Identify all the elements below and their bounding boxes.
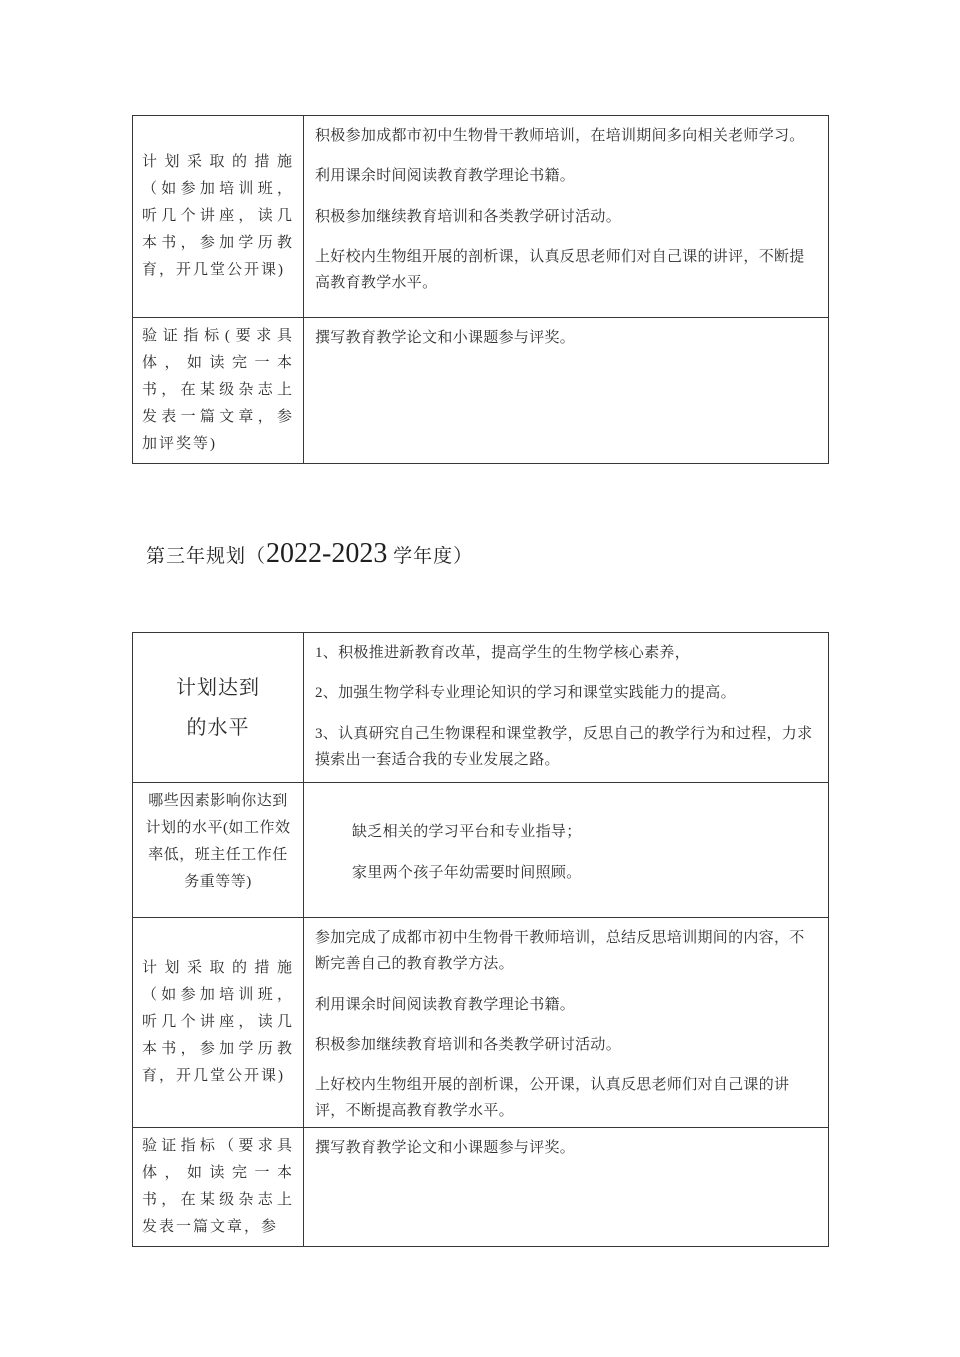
table-row-measures: 计划采取的措施（如参加培训班，听几个讲座，读几本书，参加学历教育，开几堂公开课)… bbox=[133, 116, 829, 318]
table-row-indicators: 验证指标(要求具体，如读完一本书，在某级杂志上发表一篇文章，参加评奖等) 撰写教… bbox=[133, 318, 829, 464]
table-row-indicators: 验证指标（要求具体，如读完一本书，在某级杂志上发表一篇文章，参 撰写教育教学论文… bbox=[133, 1127, 829, 1246]
section-heading: 第三年规划（2022-2023 学年度） bbox=[146, 538, 473, 570]
row-label-text: 计划采取的措施（如参加培训班，听几个讲座，读几本书，参加学历教育，开几堂公开课) bbox=[142, 149, 294, 284]
content-paragraph: 参加完成了成都市初中生物骨干教师培训，总结反思培训期间的内容，不断完善自己的教育… bbox=[315, 925, 816, 978]
heading-year: 2022-2023 bbox=[266, 538, 387, 569]
row-label-target-level: 计划达到 的水平 bbox=[133, 633, 304, 783]
content-paragraph: 1、积极推进新教育改革，提高学生的生物学核心素养， bbox=[315, 640, 816, 666]
row-content-indicators: 撰写教育教学论文和小课题参与评奖。 bbox=[304, 318, 829, 464]
content-paragraph: 积极参加继续教育培训和各类教学研讨活动。 bbox=[315, 1032, 816, 1058]
row-label-line1: 计划达到 bbox=[142, 668, 294, 708]
row-label-measures: 计划采取的措施（如参加培训班，听几个讲座，读几本书，参加学历教育，开几堂公开课) bbox=[133, 918, 304, 1128]
plan-table-year2: 计划采取的措施（如参加培训班，听几个讲座，读几本书，参加学历教育，开几堂公开课)… bbox=[132, 115, 829, 464]
table-row-target-level: 计划达到 的水平 1、积极推进新教育改革，提高学生的生物学核心素养， 2、加强生… bbox=[133, 633, 829, 783]
content-paragraph: 上好校内生物组开展的剖析课，公开课，认真反思老师们对自己课的讲评，不断提高教育教… bbox=[315, 1072, 816, 1125]
content-paragraph: 利用课余时间阅读教育教学理论书籍。 bbox=[315, 992, 816, 1018]
row-content-measures: 积极参加成都市初中生物骨干教师培训，在培训期间多向相关老师学习。 利用课余时间阅… bbox=[304, 116, 829, 318]
row-label-factors: 哪些因素影响你达到计划的水平(如工作效率低，班主任工作任务重等等) bbox=[133, 783, 304, 918]
row-content-target-level: 1、积极推进新教育改革，提高学生的生物学核心素养， 2、加强生物学科专业理论知识… bbox=[304, 633, 829, 783]
content-paragraph: 撰写教育教学论文和小课题参与评奖。 bbox=[315, 325, 816, 351]
row-label-indicators: 验证指标（要求具体，如读完一本书，在某级杂志上发表一篇文章，参 bbox=[133, 1127, 304, 1246]
row-label-measures: 计划采取的措施（如参加培训班，听几个讲座，读几本书，参加学历教育，开几堂公开课) bbox=[133, 116, 304, 318]
table-row-factors: 哪些因素影响你达到计划的水平(如工作效率低，班主任工作任务重等等) 缺乏相关的学… bbox=[133, 783, 829, 918]
row-label-text: 计划采取的措施（如参加培训班，听几个讲座，读几本书，参加学历教育，开几堂公开课) bbox=[142, 955, 294, 1090]
row-label-indicators: 验证指标(要求具体，如读完一本书，在某级杂志上发表一篇文章，参加评奖等) bbox=[133, 318, 304, 464]
content-paragraph: 缺乏相关的学习平台和专业指导； bbox=[352, 819, 816, 845]
content-paragraph: 积极参加继续教育培训和各类教学研讨活动。 bbox=[315, 204, 816, 230]
document-page: 计划采取的措施（如参加培训班，听几个讲座，读几本书，参加学历教育，开几堂公开课)… bbox=[0, 0, 960, 1357]
table-row-measures: 计划采取的措施（如参加培训班，听几个讲座，读几本书，参加学历教育，开几堂公开课)… bbox=[133, 918, 829, 1128]
content-paragraph: 2、加强生物学科专业理论知识的学习和课堂实践能力的提高。 bbox=[315, 680, 816, 706]
row-content-indicators: 撰写教育教学论文和小课题参与评奖。 bbox=[304, 1127, 829, 1246]
content-paragraph: 积极参加成都市初中生物骨干教师培训，在培训期间多向相关老师学习。 bbox=[315, 123, 816, 149]
content-paragraph: 3、认真研究自己生物课程和课堂教学，反思自己的教学行为和过程，力求摸索出一套适合… bbox=[315, 721, 816, 774]
content-paragraph: 家里两个孩子年幼需要时间照顾。 bbox=[352, 860, 816, 886]
content-paragraph: 撰写教育教学论文和小课题参与评奖。 bbox=[315, 1135, 816, 1161]
row-label-text: 哪些因素影响你达到计划的水平(如工作效率低，班主任工作任务重等等) bbox=[142, 788, 294, 896]
row-label-text: 验证指标(要求具体，如读完一本书，在某级杂志上发表一篇文章，参加评奖等) bbox=[142, 323, 294, 458]
row-content-measures: 参加完成了成都市初中生物骨干教师培训，总结反思培训期间的内容，不断完善自己的教育… bbox=[304, 918, 829, 1128]
row-label-text: 验证指标（要求具体，如读完一本书，在某级杂志上发表一篇文章，参 bbox=[142, 1133, 294, 1241]
heading-suffix: 学年度） bbox=[387, 546, 473, 567]
content-paragraph: 利用课余时间阅读教育教学理论书籍。 bbox=[315, 163, 816, 189]
row-label-line2: 的水平 bbox=[142, 708, 294, 748]
row-content-factors: 缺乏相关的学习平台和专业指导； 家里两个孩子年幼需要时间照顾。 bbox=[304, 783, 829, 918]
heading-prefix: 第三年规划（ bbox=[146, 546, 266, 567]
plan-table-year3: 计划达到 的水平 1、积极推进新教育改革，提高学生的生物学核心素养， 2、加强生… bbox=[132, 632, 829, 1247]
content-paragraph: 上好校内生物组开展的剖析课，认真反思老师们对自己课的讲评，不断提高教育教学水平。 bbox=[315, 244, 816, 297]
